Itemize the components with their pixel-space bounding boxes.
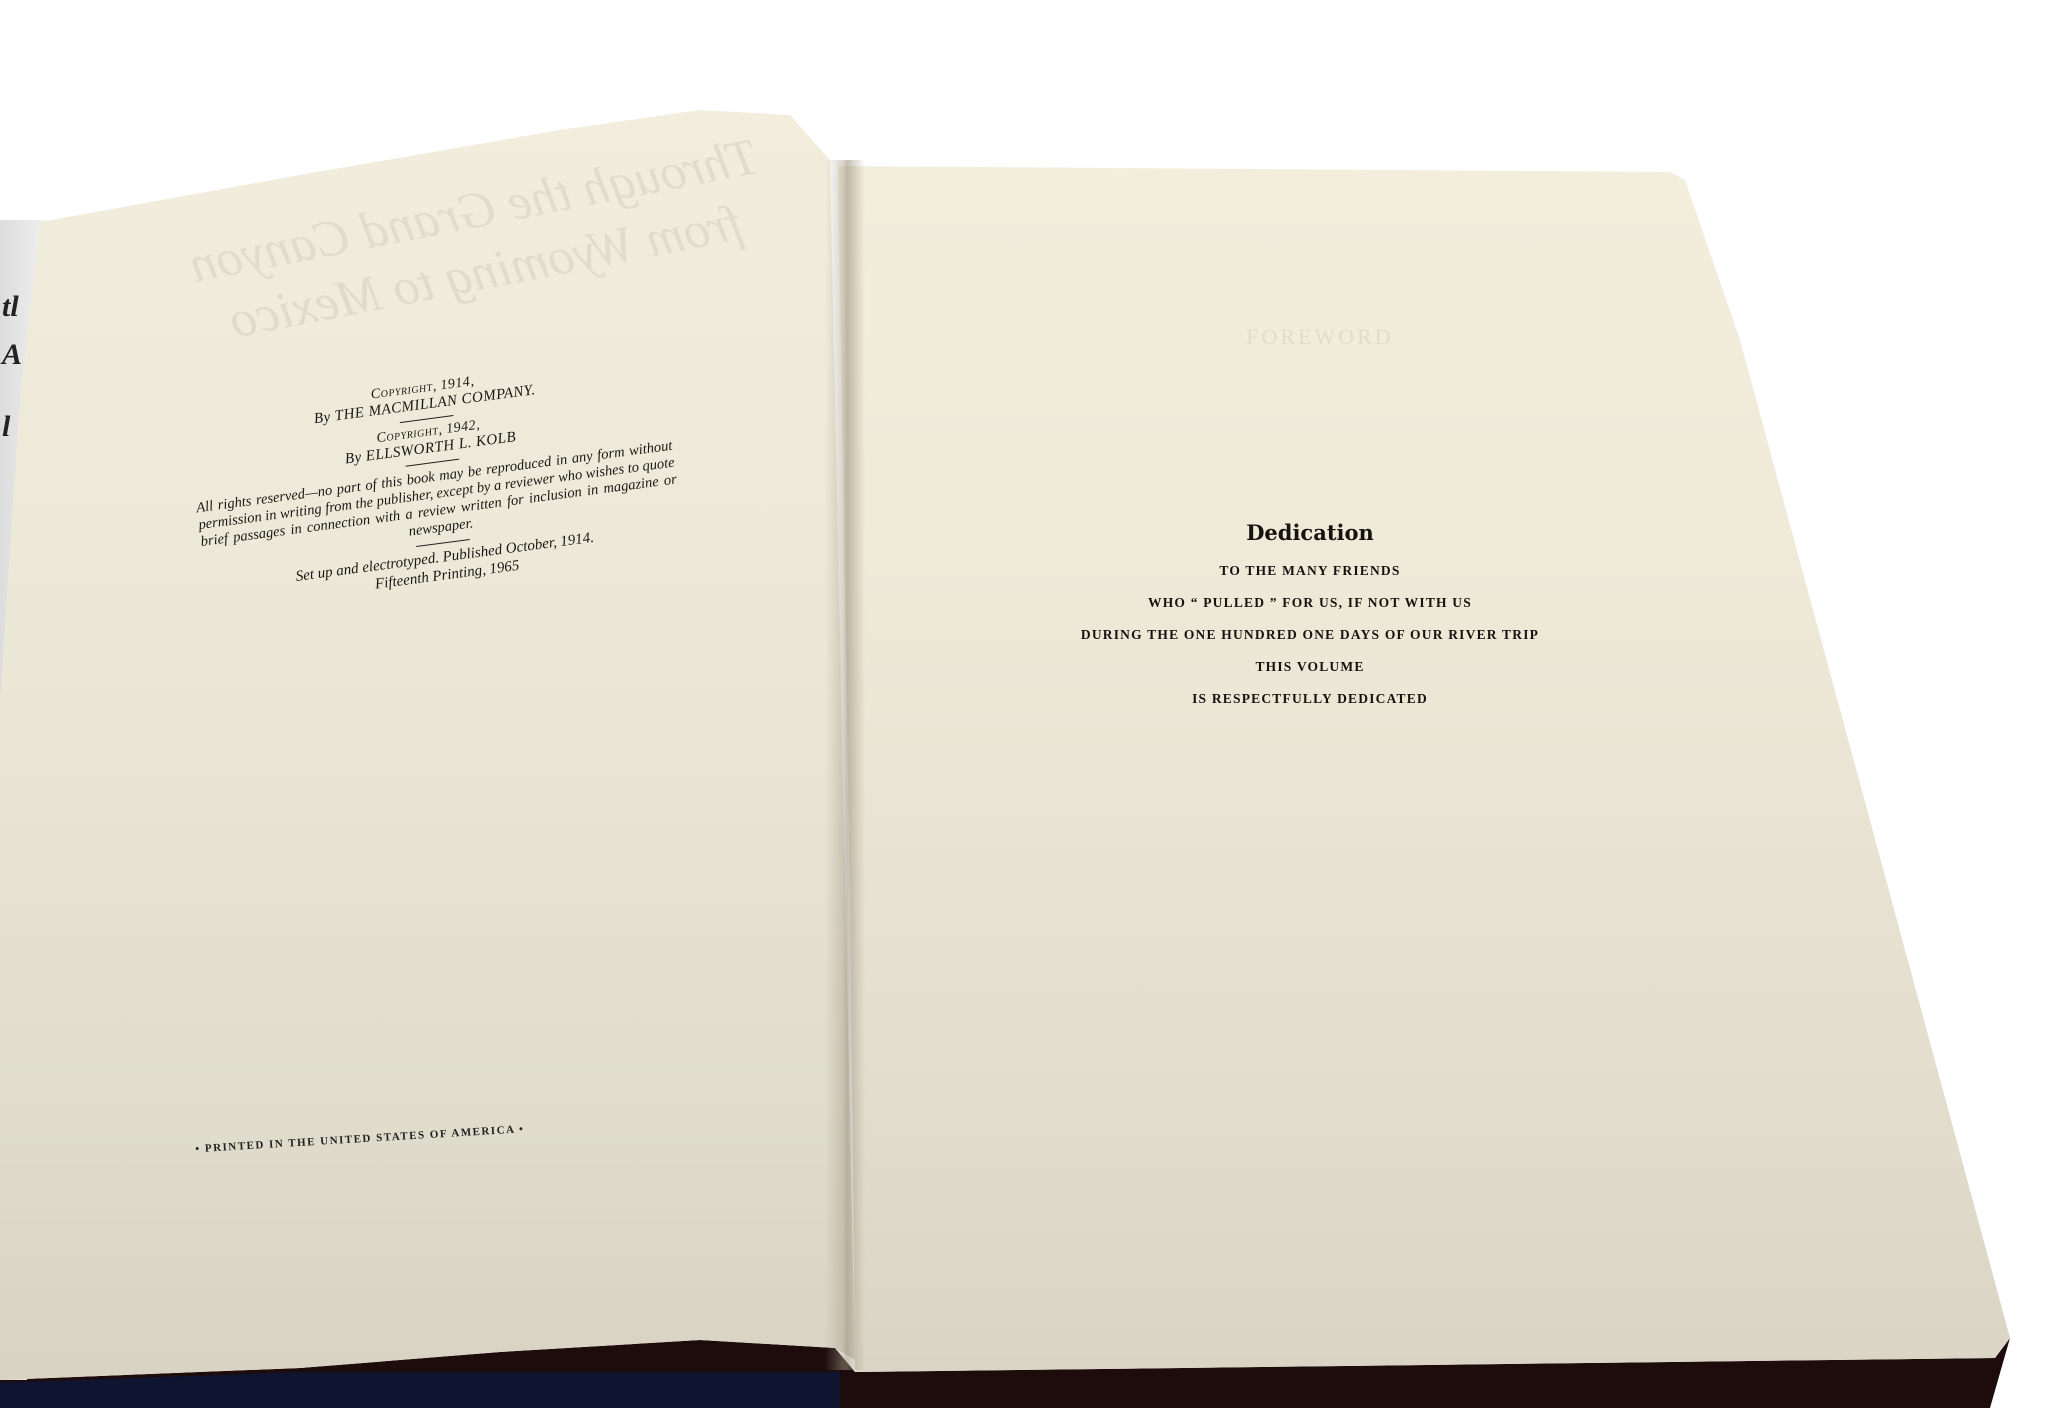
dedication-title: Dedication: [1000, 520, 1620, 545]
dedication-block: Dedication TO THE MANY FRIENDS WHO “ PUL…: [1000, 520, 1620, 715]
show-through-foreword: FOREWORD: [940, 320, 1700, 366]
dedication-line: DURING THE ONE HUNDRED ONE DAYS OF OUR R…: [1000, 619, 1620, 651]
book-spine-gutter: [825, 160, 865, 1370]
divider: [406, 459, 460, 467]
underlay-fragment: tl: [2, 290, 19, 324]
underlay-fragment: l: [2, 410, 10, 444]
dedication-line: THIS VOLUME: [1000, 651, 1620, 683]
dedication-line: IS RESPECTFULLY DEDICATED: [1000, 683, 1620, 715]
dedication-line: TO THE MANY FRIENDS: [1000, 555, 1620, 587]
dedication-line: WHO “ PULLED ” FOR US, IF NOT WITH US: [1000, 587, 1620, 619]
ghost-heading: FOREWORD: [940, 320, 1700, 354]
